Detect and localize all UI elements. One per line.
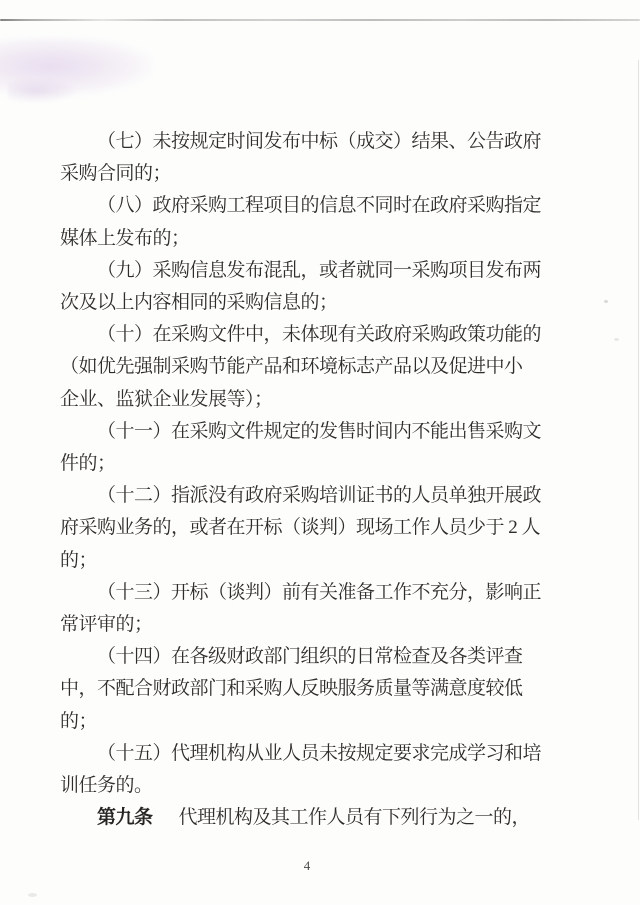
scan-artifact-speck — [28, 893, 37, 897]
scanned-document-page: （七）未按规定时间发布中标（成交）结果、公告政府 采购合同的； （八）政府采购工… — [0, 0, 640, 905]
clause-item-8: （八）政府采购工程项目的信息不同时在政府采购指定 媒体上发布的； — [60, 190, 572, 254]
document-body: （七）未按规定时间发布中标（成交）结果、公告政府 采购合同的； （八）政府采购工… — [60, 126, 572, 834]
clause-item-13: （十三）开标（谈判）前有关准备工作不充分，影响正 常评审的； — [60, 577, 572, 641]
scan-artifact-smudge-small — [8, 78, 78, 104]
scan-artifact-top-line — [0, 19, 640, 21]
article-9-text: 代理机构及其工作人员有下列行为之一的， — [179, 807, 531, 828]
scan-artifact-speck — [604, 300, 608, 303]
clause-item-12: （十二）指派没有政府采购培训证书的人员单独开展政 府采购业务的，或者在开标（谈判… — [60, 480, 572, 577]
article-9-paragraph: 第九条代理机构及其工作人员有下列行为之一的， — [60, 802, 572, 834]
article-9-label: 第九条 — [97, 807, 153, 828]
scan-artifact-right-edge — [638, 60, 639, 820]
clause-item-11: （十一）在采购文件规定的发售时间内不能出售采购文 件的； — [60, 416, 572, 480]
clause-item-15: （十五）代理机构从业人员未按规定要求完成学习和培 训任务的。 — [60, 738, 572, 802]
clause-item-7: （七）未按规定时间发布中标（成交）结果、公告政府 采购合同的； — [60, 126, 572, 190]
clause-item-10: （十）在采购文件中，未体现有关政府采购政策功能的 （如优先强制采购节能产品和环境… — [60, 319, 572, 416]
clause-item-14: （十四）在各级财政部门组织的日常检查及各类评查 中，不配合财政部门和采购人反映服… — [60, 641, 572, 738]
clause-item-9: （九）采购信息发布混乱，或者就同一采购项目发布两 次及以上内容相同的采购信息的； — [60, 255, 572, 319]
page-number: 4 — [0, 858, 614, 874]
scan-artifact-speck — [614, 338, 619, 341]
